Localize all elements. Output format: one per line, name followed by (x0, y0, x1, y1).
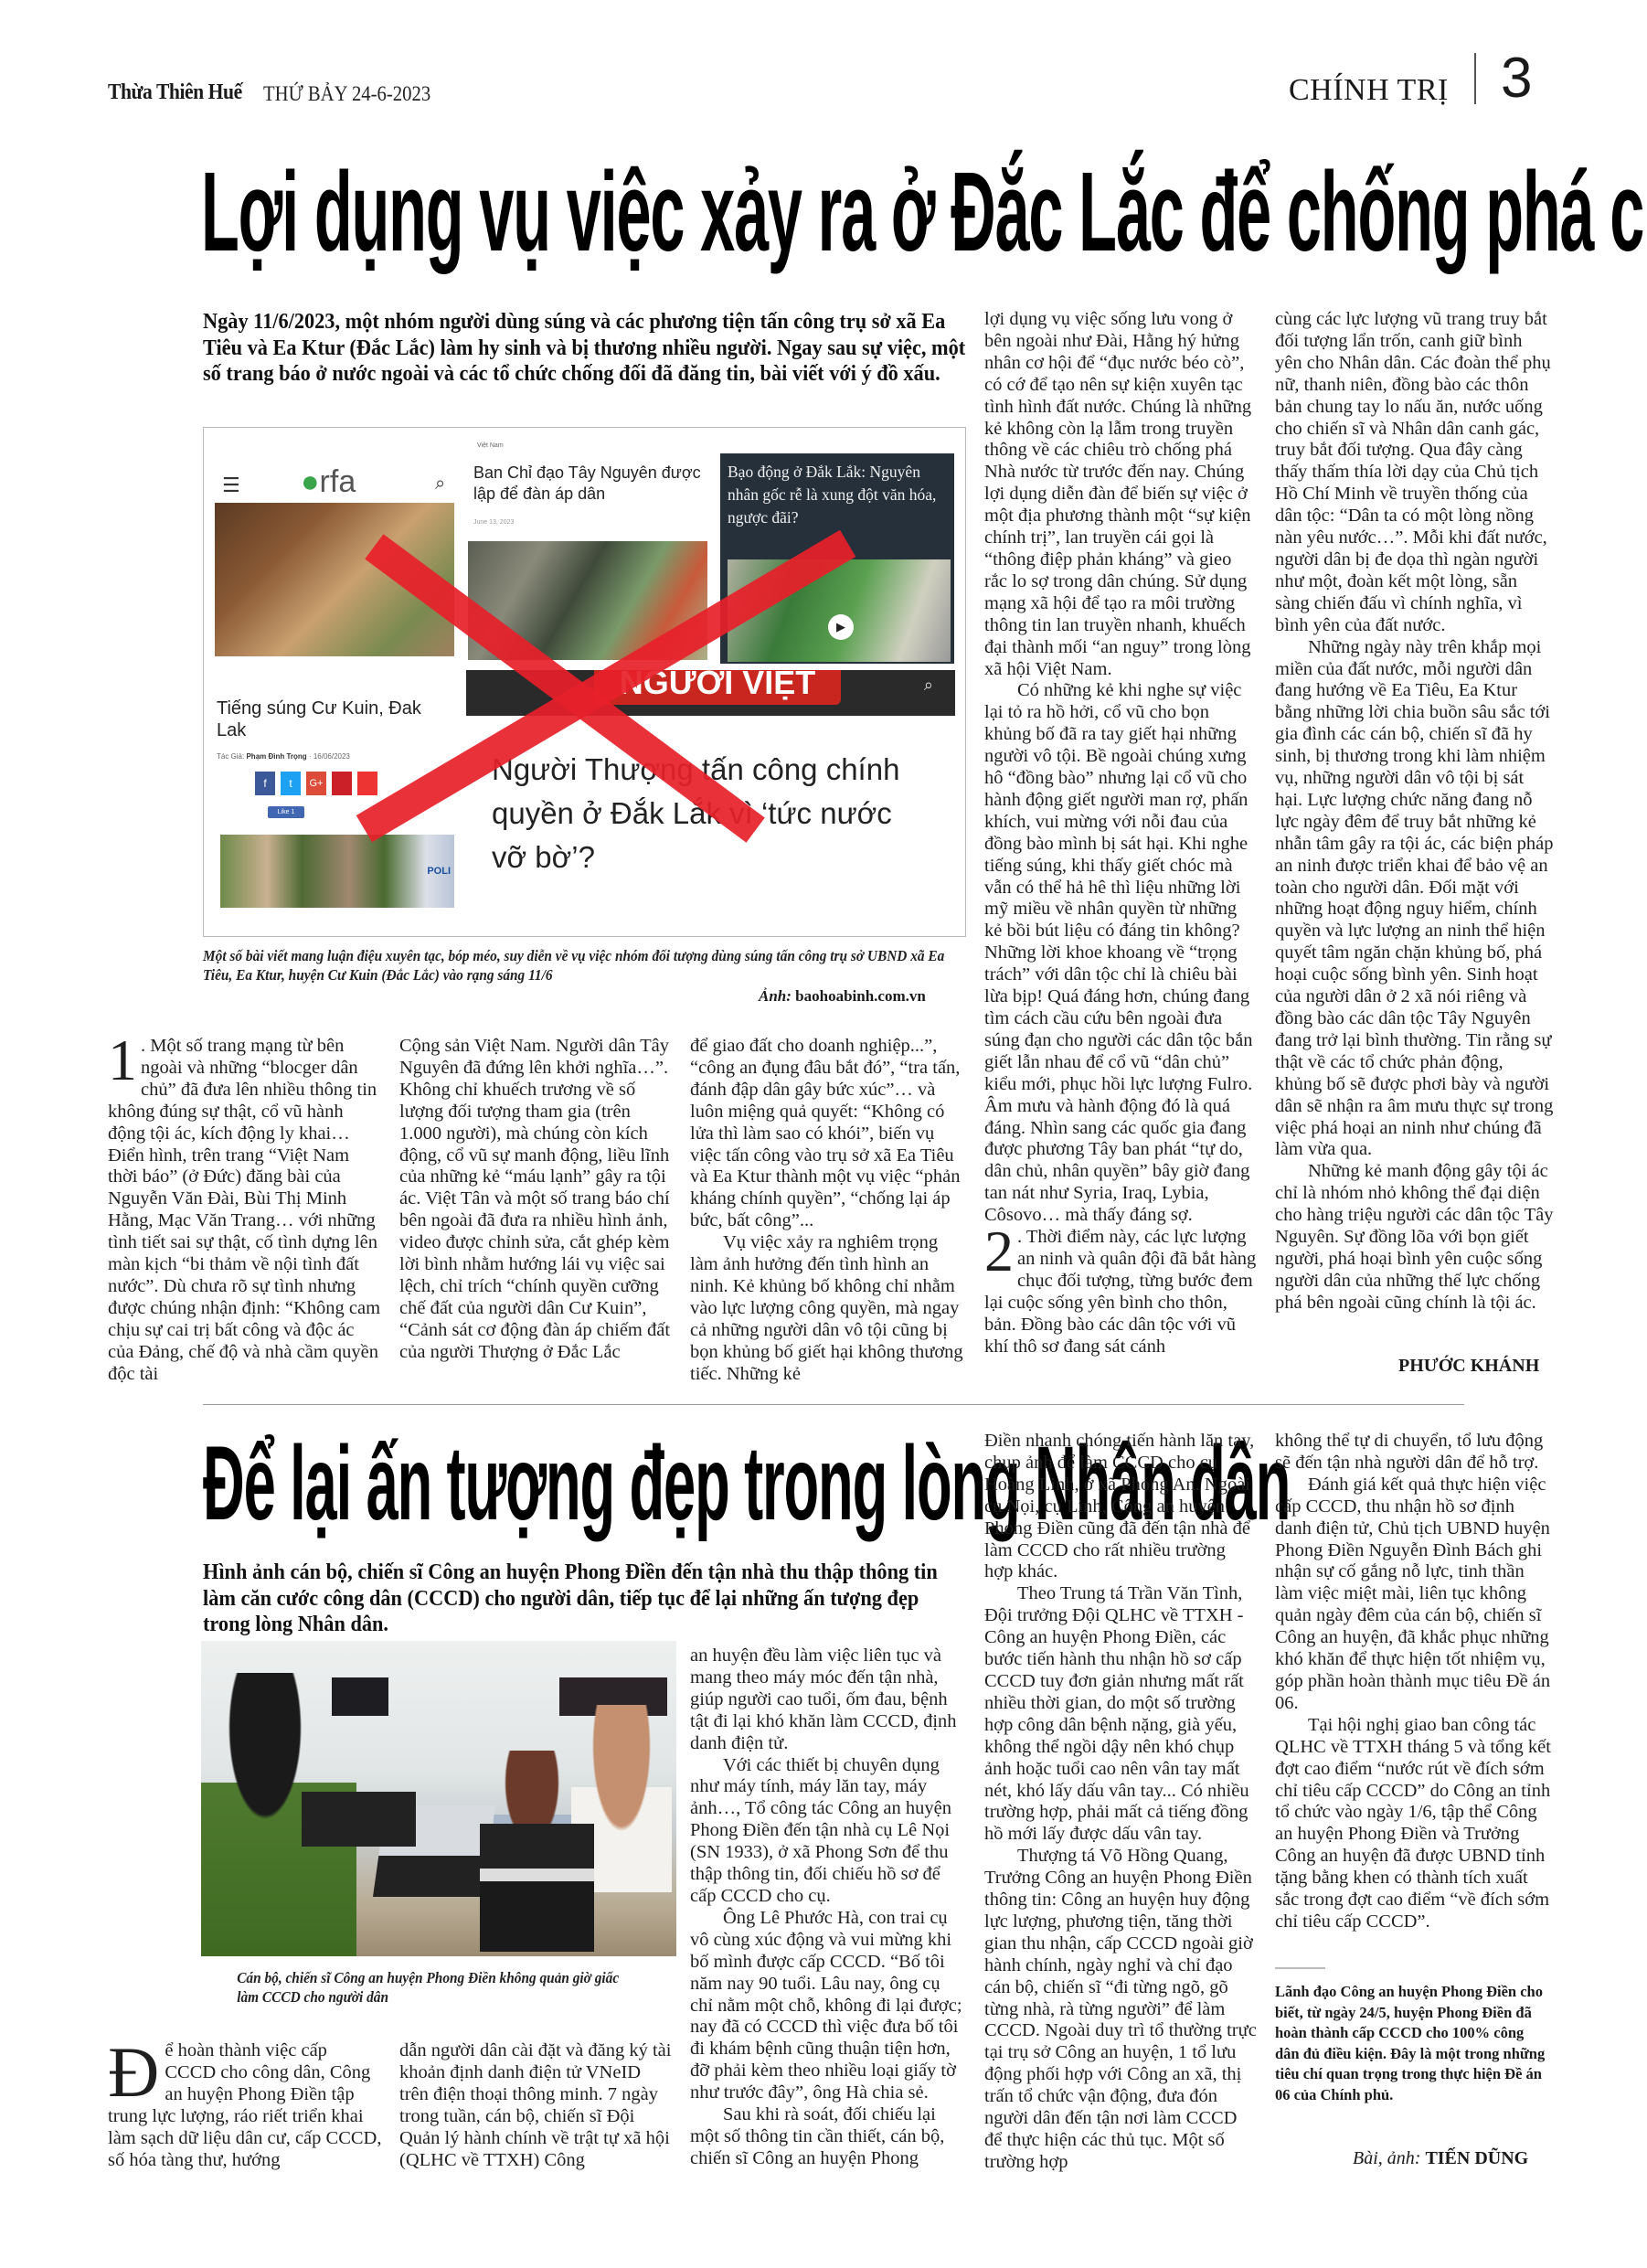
article2-column-3: an huyện đều làm việc liên tục và mang t… (690, 1645, 964, 2170)
article1-byline: PHƯỚC KHÁNH (1398, 1356, 1539, 1377)
article1-figure-collage: ☰ ●rfa ⌕ Tiếng súng Cư Kuin, Đak Lak Tác… (203, 427, 966, 937)
drop-cap: 1 (108, 1038, 137, 1083)
article1-headline: Lợi dụng vụ việc xảy ra ở Đắc Lắc để chố… (201, 155, 1647, 269)
printer (302, 1792, 416, 1847)
fingerprint-scanner (480, 1824, 594, 1952)
section-label: CHÍNH TRỊ (1289, 73, 1449, 108)
article2-column-2: dẫn người dân cài đặt và đăng ký tài kho… (399, 2040, 674, 2171)
article2-column-5: không thể tự di chuyển, tổ lưu động sẽ đ… (1275, 1431, 1554, 1933)
masthead: Thừa Thiên Huế (108, 80, 242, 105)
article2-byline: Bài, ảnh: TIẾN DŨNG (1353, 2148, 1528, 2169)
drop-cap: 2 (984, 1229, 1014, 1274)
article1-column-1: 1. Một số trang mạng từ bên ngoài và nhữ… (108, 1036, 382, 1386)
header-divider (1474, 53, 1476, 104)
article1-column-3: để giao đất cho doanh nghiệp...”, “công … (690, 1036, 964, 1386)
article1-column-2: Cộng sản Việt Nam. Người dân Tây Nguyên … (399, 1036, 674, 1364)
drop-cap: Đ (108, 2044, 159, 2101)
article2-lead: Hình ảnh cán bộ, chiến sĩ Công an huyện … (203, 1560, 968, 1638)
note-divider (1275, 1967, 1325, 1969)
article2-photo-cccd-registration (201, 1641, 676, 1956)
article1-column-4: lợi dụng vụ việc sống lưu vong ở bên ngo… (984, 309, 1259, 1358)
article2-highlight-note: Lãnh đạo Công an huyện Phong Điền cho bi… (1275, 1982, 1549, 2105)
article1-lead: Ngày 11/6/2023, một nhóm người dùng súng… (203, 309, 968, 388)
article2-column-4: Điền nhanh chóng tiến hành lăn tay, chụp… (984, 1431, 1259, 2174)
article1-figure-caption: Một số bài viết mang luận điệu xuyên tạc… (203, 946, 968, 985)
page-number: 3 (1501, 46, 1532, 111)
article-divider (203, 1404, 1464, 1405)
article2-photo-caption: Cán bộ, chiến sĩ Công an huyện Phong Điề… (203, 1968, 628, 2007)
issue-date: THỨ BẢY 24-6-2023 (263, 82, 430, 106)
article2-column-1: Để hoàn thành việc cấp CCCD cho công dân… (108, 2040, 382, 2171)
article1-photo-credit: Ảnh: baohoabinh.com.vn (759, 987, 926, 1006)
red-cross-mark-icon (204, 428, 966, 937)
article1-column-5: cùng các lực lượng vũ trang truy bắt đối… (1275, 309, 1554, 1315)
